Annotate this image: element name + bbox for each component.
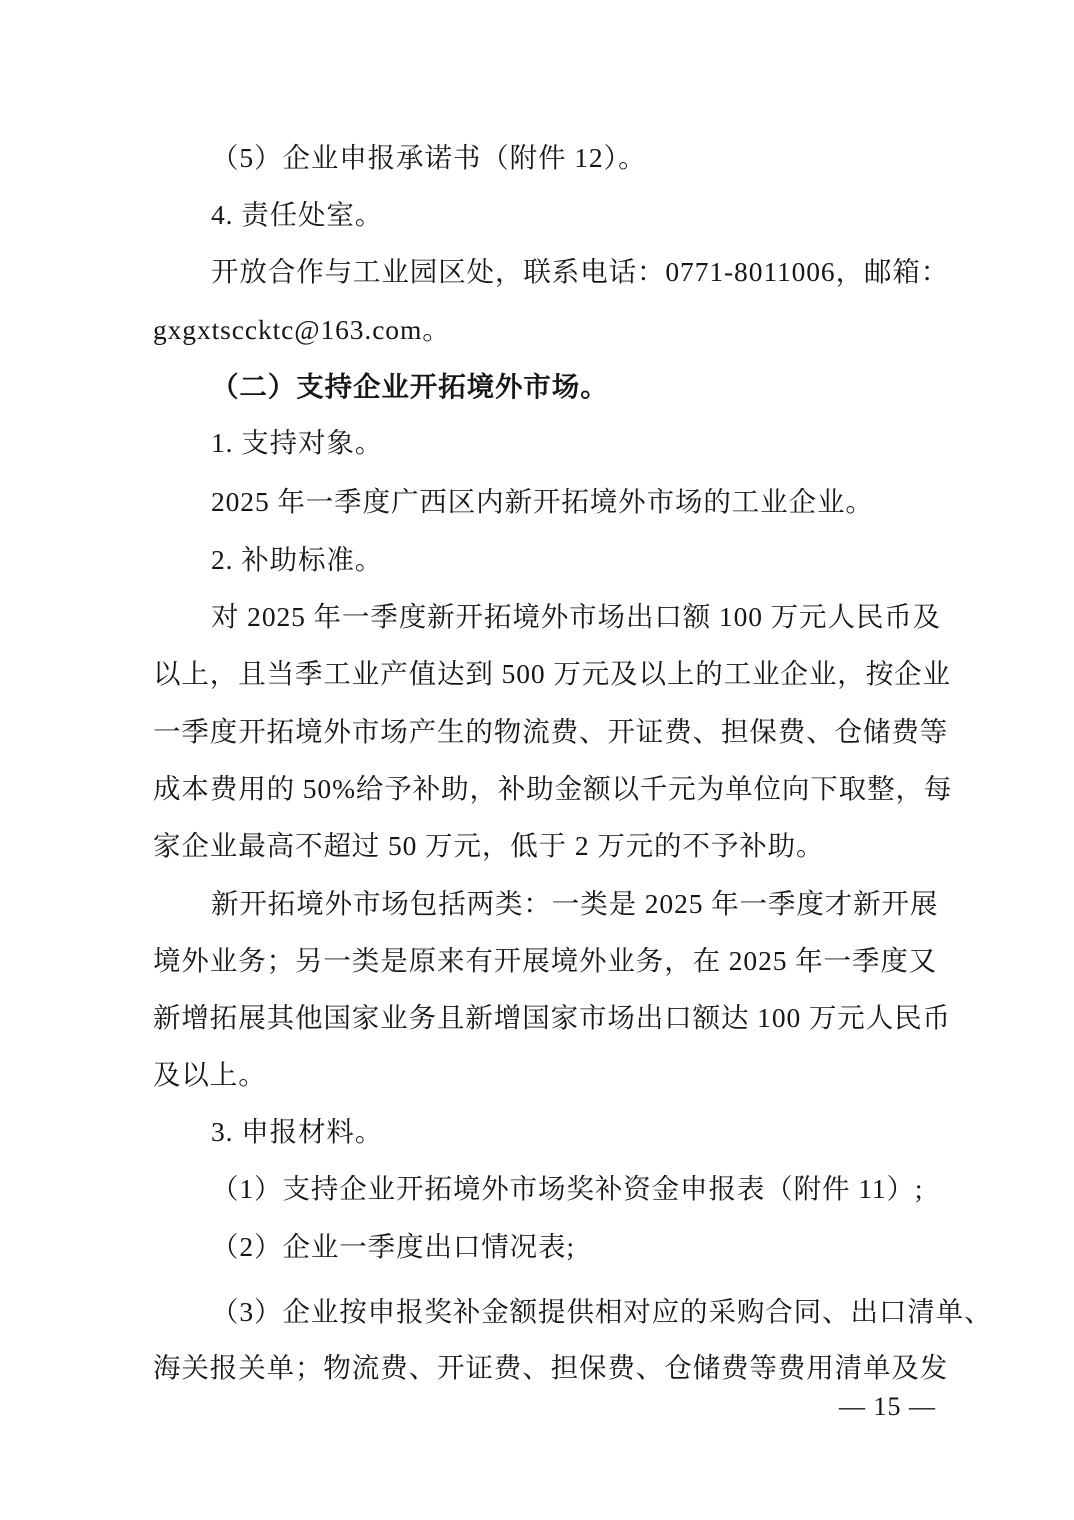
support-target-text: 2025 年一季度广西区内新开拓境外市场的工业企业。 [153,485,933,519]
page-number: — 15 — [826,1391,936,1423]
new-market-paragraph-line: 境外业务；另一类是原来有开展境外业务，在 2025 年一季度又 [153,944,933,978]
material-item-3: （3）企业按申报奖补金额提供相对应的采购合同、出口清单、 [153,1295,933,1329]
attachment-item-5: （5）企业申报承诺书（附件 12）。 [153,141,933,175]
material-item-2: （2）企业一季度出口情况表; [153,1230,933,1264]
new-market-paragraph-line: 新开拓境外市场包括两类：一类是 2025 年一季度才新开展 [153,887,933,921]
document-page: （5）企业申报承诺书（附件 12）。 4. 责任处室。 开放合作与工业园区处，联… [0,0,1074,1520]
material-item-3-continued: 海关报关单；物流费、开证费、担保费、仓储费等费用清单及发 [153,1351,933,1385]
contact-info-line: 开放合作与工业园区处，联系电话：0771-8011006，邮箱： [153,255,933,289]
subsidy-paragraph-line: 对 2025 年一季度新开拓境外市场出口额 100 万元人民币及 [153,600,933,634]
subsidy-paragraph-line: 以上，且当季工业产值达到 500 万元及以上的工业企业，按企业 [153,657,933,691]
material-item-1: （1）支持企业开拓境外市场奖补资金申报表（附件 11）; [153,1172,933,1206]
new-market-paragraph-line: 新增拓展其他国家业务且新增国家市场出口额达 100 万元人民币 [153,1001,933,1035]
new-market-paragraph-line: 及以上。 [153,1058,933,1092]
subsidy-paragraph-line: 成本费用的 50%给予补助，补助金额以千元为单位向下取整，每 [153,772,933,806]
contact-email: gxgxtsccktc@163.com。 [153,313,933,347]
subsidy-paragraph-line: 一季度开拓境外市场产生的物流费、开证费、担保费、仓储费等 [153,715,933,749]
section-heading-responsible-office: 4. 责任处室。 [153,198,933,232]
section-heading-overseas-market: （二）支持企业开拓境外市场。 [153,370,933,404]
subheading-subsidy-standard: 2. 补助标准。 [153,543,933,577]
subheading-application-materials: 3. 申报材料。 [153,1115,933,1149]
subsidy-paragraph-line: 家企业最高不超过 50 万元，低于 2 万元的不予补助。 [153,829,933,863]
subheading-support-target: 1. 支持对象。 [153,426,933,460]
